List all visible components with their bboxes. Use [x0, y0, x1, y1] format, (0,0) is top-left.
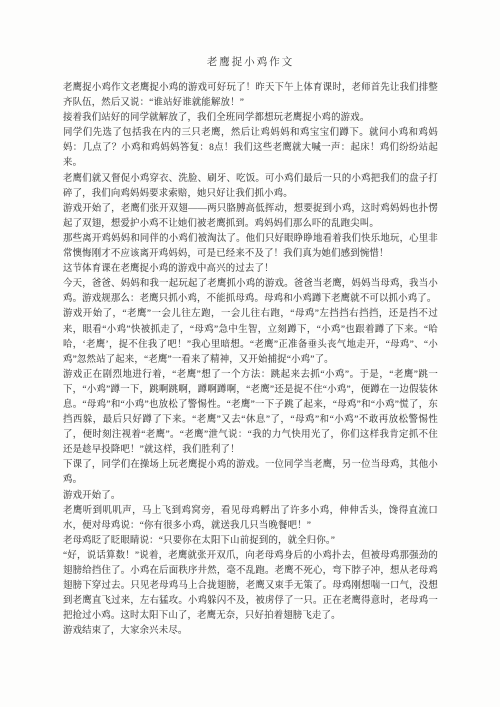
paragraph: “好，说话算数！”说着，老鹰就张开双爪，向老母鸡身后的小鸡扑去，但被母鸡那强劲的… — [63, 549, 438, 624]
paragraph: 老鹰听到叽叽声，马上飞到鸡窝旁，看见母鸡孵出了许多小鸡，伸伸舌头，馋得直流口水，… — [63, 504, 438, 534]
paragraph: 游戏正在剧烈地进行着，“老鹰”想了一个方法：跳起来去抓“小鸡”。于是，“老鹰”跳… — [63, 368, 438, 459]
paragraph: 游戏开始了，老鹰们张开双翅——两只胳膊高低挥动，想要捉到小鸡，这时鸡妈妈也扑愣起… — [63, 202, 438, 232]
paragraph: 老鹰们就又督促小鸡穿衣、洗脸、刷牙、吃饭。可小鸡们最后一只的小鸡把我们的盘子打碎… — [63, 172, 438, 202]
paragraph: 同学们先选了包括我在内的三只老鹰，然后让鸡妈妈和鸡宝宝们蹲下。就问小鸡和鸡妈妈：… — [63, 126, 438, 171]
paragraph: 游戏开始了。 — [63, 489, 438, 504]
document-title: 老鹰捉小鸡作文 — [63, 54, 438, 69]
paragraph: 老鹰捉小鸡作文老鹰捉小鸡的游戏可好玩了！昨天下午上体育课时，老师首先让我们排整齐… — [63, 81, 438, 111]
paragraph: 这节体育课在老鹰捉小鸡的游戏中高兴的过去了！ — [63, 262, 438, 277]
paragraph: 那些离开鸡妈妈和同伴的小鸡们被淘汰了。他们只好眼睁睁地看着我们快乐地玩，心里非常… — [63, 232, 438, 262]
paragraph: 老母鸡眨了眨眼睛说：“只要你在太阳下山前捉到的，就全归你。” — [63, 534, 438, 549]
paragraph: 游戏开始了，“老鹰”一会儿往左跑，一会儿往右跑，“母鸡”左挡挡右挡挡，还是挡不过… — [63, 307, 438, 367]
paragraph: 接着我们站好的同学就解放了，我们全班同学都想玩老鹰捉小鸡的游戏。 — [63, 111, 438, 126]
paragraph: 今天，爸爸、妈妈和我一起玩起了老鹰抓小鸡的游戏。爸爸当老鹰，妈妈当母鸡，我当小鸡… — [63, 277, 438, 307]
document-page: 老鹰捉小鸡作文 老鹰捉小鸡作文老鹰捉小鸡的游戏可好玩了！昨天下午上体育课时，老师… — [0, 0, 500, 707]
paragraph: 下课了，同学们在操场上玩老鹰捉小鸡的游戏。一位同学当老鹰，另一位当母鸡，其他小鸡… — [63, 458, 438, 488]
paragraph: 游戏结束了，大家余兴未尽。 — [63, 624, 438, 639]
document-body: 老鹰捉小鸡作文老鹰捉小鸡的游戏可好玩了！昨天下午上体育课时，老师首先让我们排整齐… — [63, 81, 438, 639]
